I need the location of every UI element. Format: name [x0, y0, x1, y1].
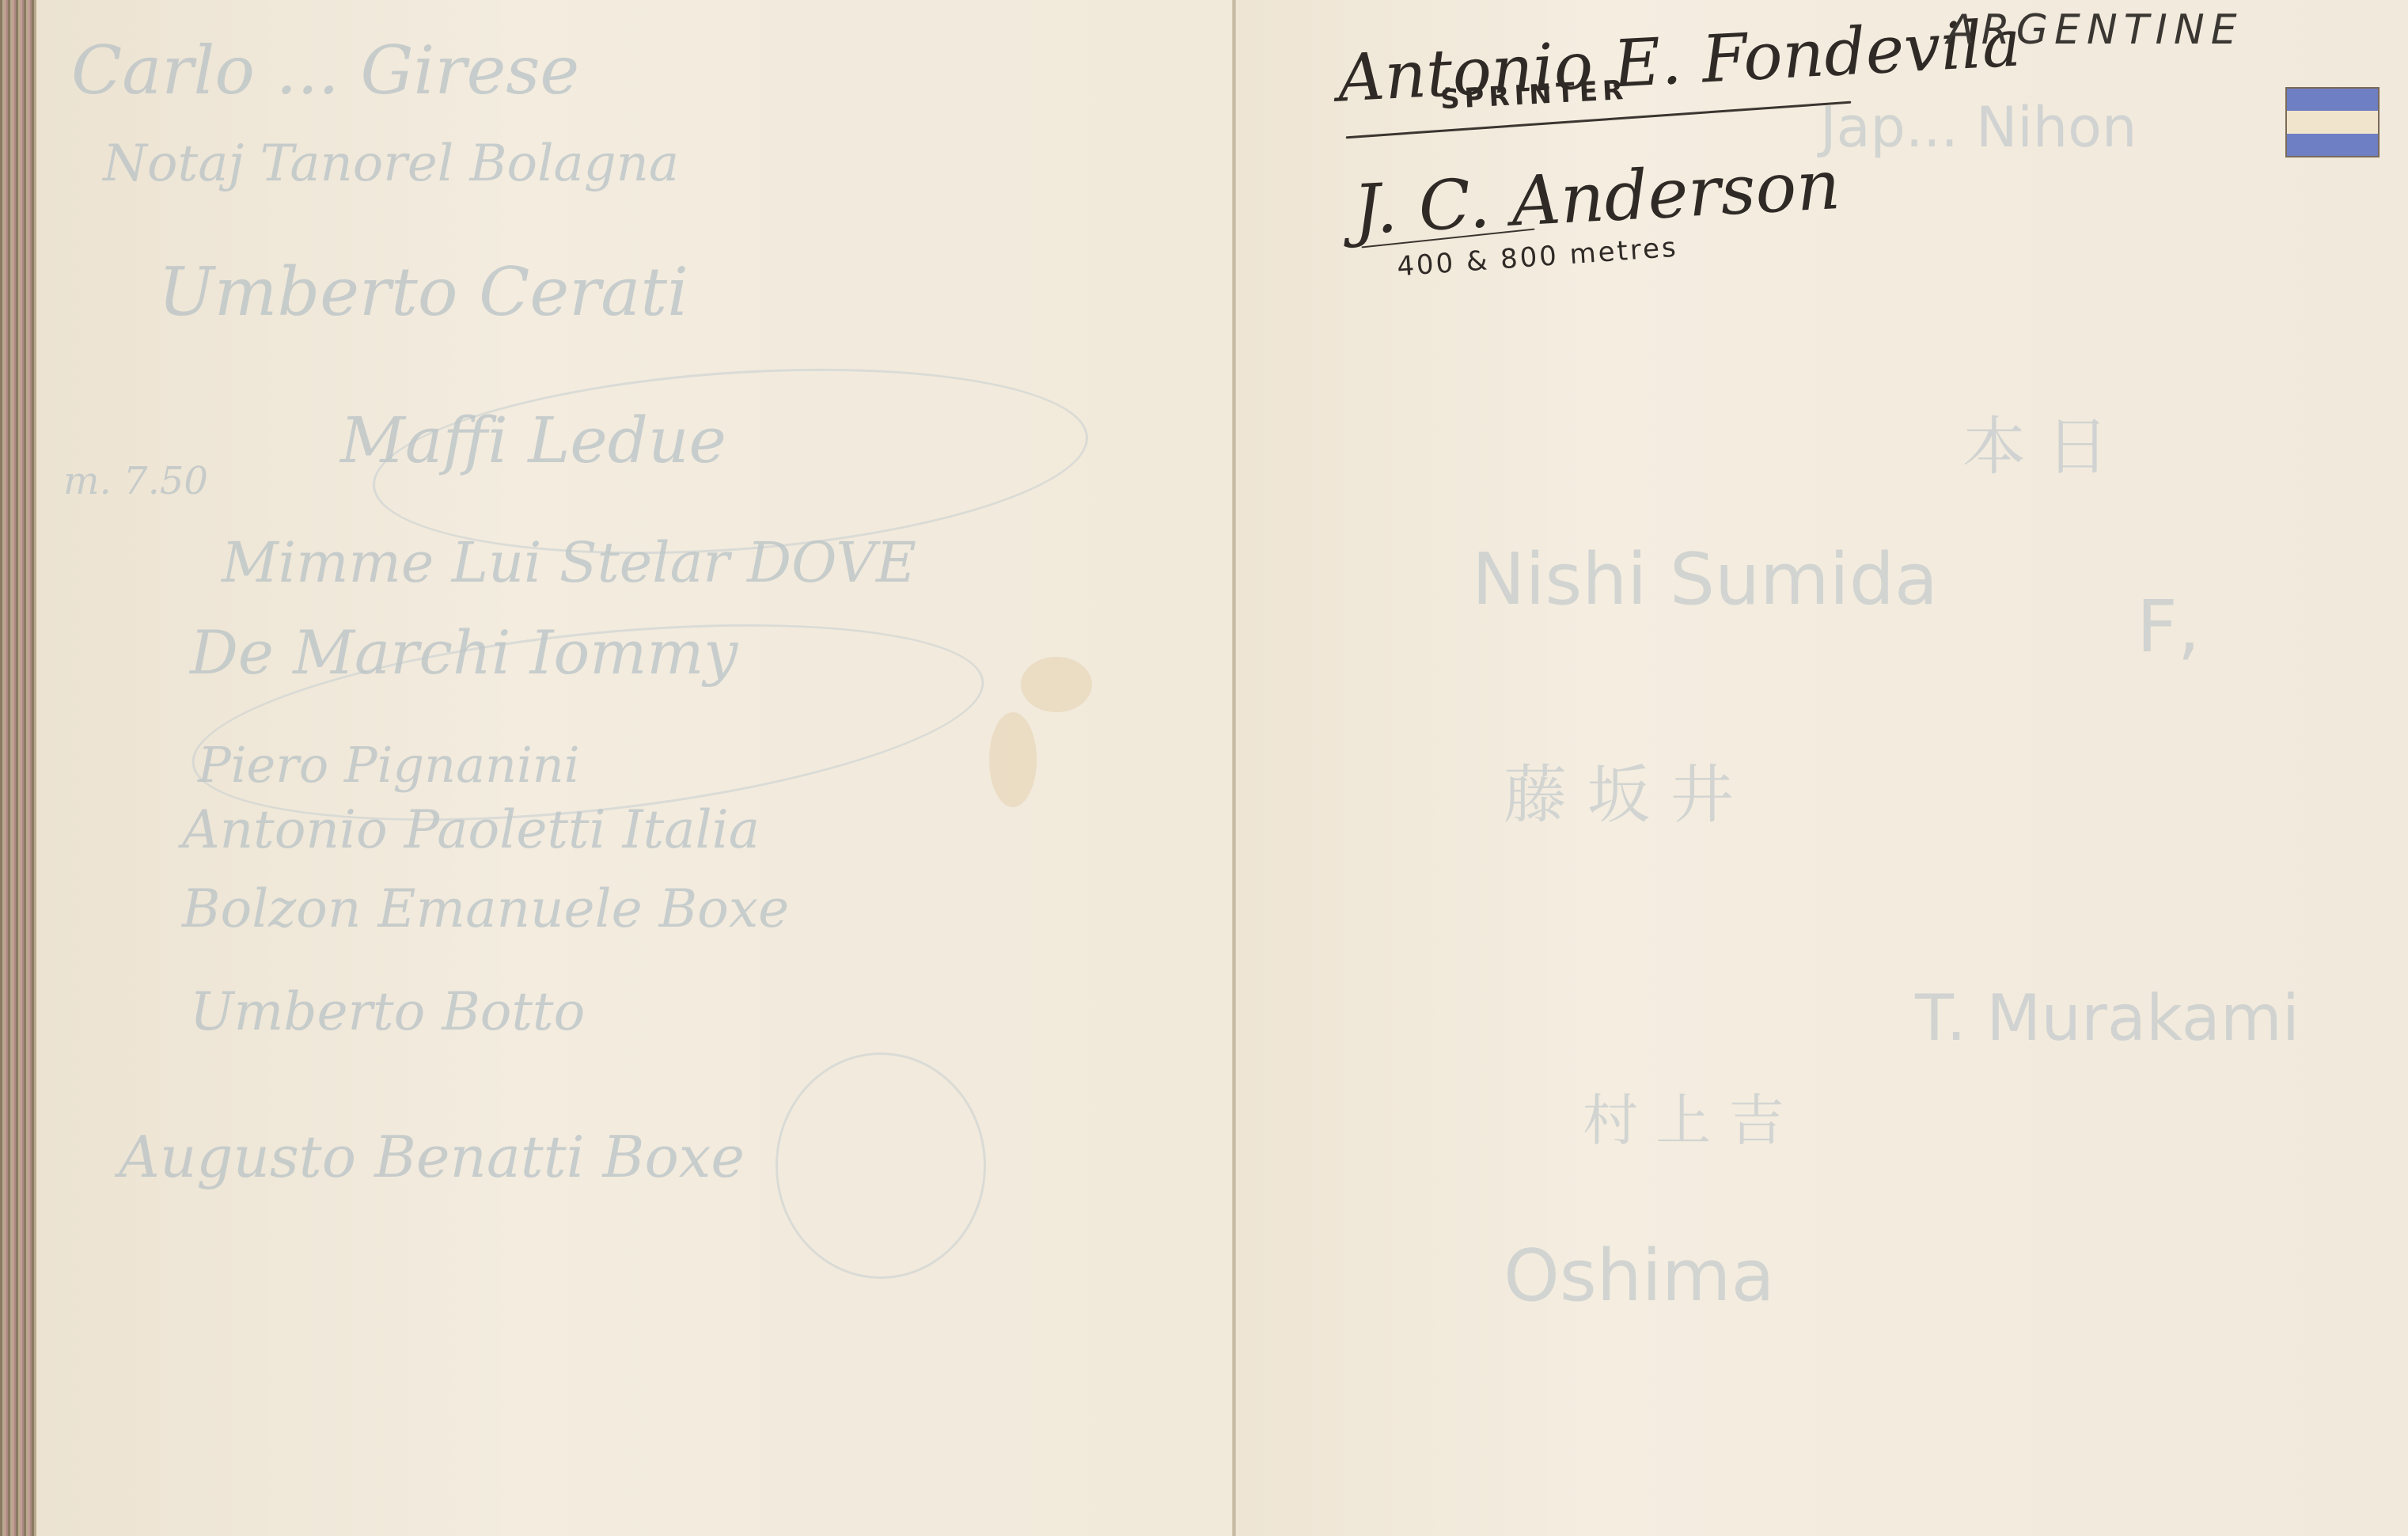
- album-spread: Carlo ... GireseNotaj Tanorel BolagnaUmb…: [0, 0, 2408, 1536]
- faded-signature: Umberto Botto: [190, 981, 585, 1042]
- faded-signature: Maffi Ledue: [340, 404, 726, 477]
- book-binding-edge: [0, 0, 36, 1536]
- faded-signature: Antonio Paoletti Italia: [182, 799, 760, 860]
- faded-signature: 藤 坂 井: [1504, 744, 1734, 835]
- paper-stain: [1021, 657, 1092, 712]
- faded-signature: Jap... Nihon: [1820, 95, 2137, 160]
- faded-signature: Piero Pignanini: [198, 736, 580, 794]
- argentina-flag-icon: [2285, 87, 2380, 157]
- faded-signature: Augusto Benatti Boxe: [119, 1124, 745, 1190]
- faded-signature: m. 7.50: [63, 459, 208, 503]
- faded-signature: 村 上 吉: [1583, 1076, 1784, 1156]
- faded-signature: De Marchi Iommy: [190, 617, 738, 688]
- faded-signature: Mimme Lui Stelar DOVE: [222, 530, 916, 595]
- faded-signature: F,: [2137, 586, 2200, 669]
- faded-signature: Umberto Cerati: [158, 253, 688, 331]
- paper-stain: [989, 712, 1037, 807]
- faded-signature: Bolzon Emanuele Boxe: [182, 878, 789, 939]
- faded-signature: Notaj Tanorel Bolagna: [103, 135, 679, 193]
- pencil-flourish: [775, 1052, 986, 1279]
- faded-signature: Carlo ... Girese: [71, 32, 579, 109]
- faded-signature: 本 日: [1962, 396, 2109, 487]
- faded-signature: Oshima: [1504, 1234, 1775, 1318]
- country-heading: ARGENTINE: [1947, 6, 2243, 54]
- faded-signature: T. Murakami: [1915, 981, 2300, 1055]
- faded-signature: Nishi Sumida: [1472, 538, 1938, 621]
